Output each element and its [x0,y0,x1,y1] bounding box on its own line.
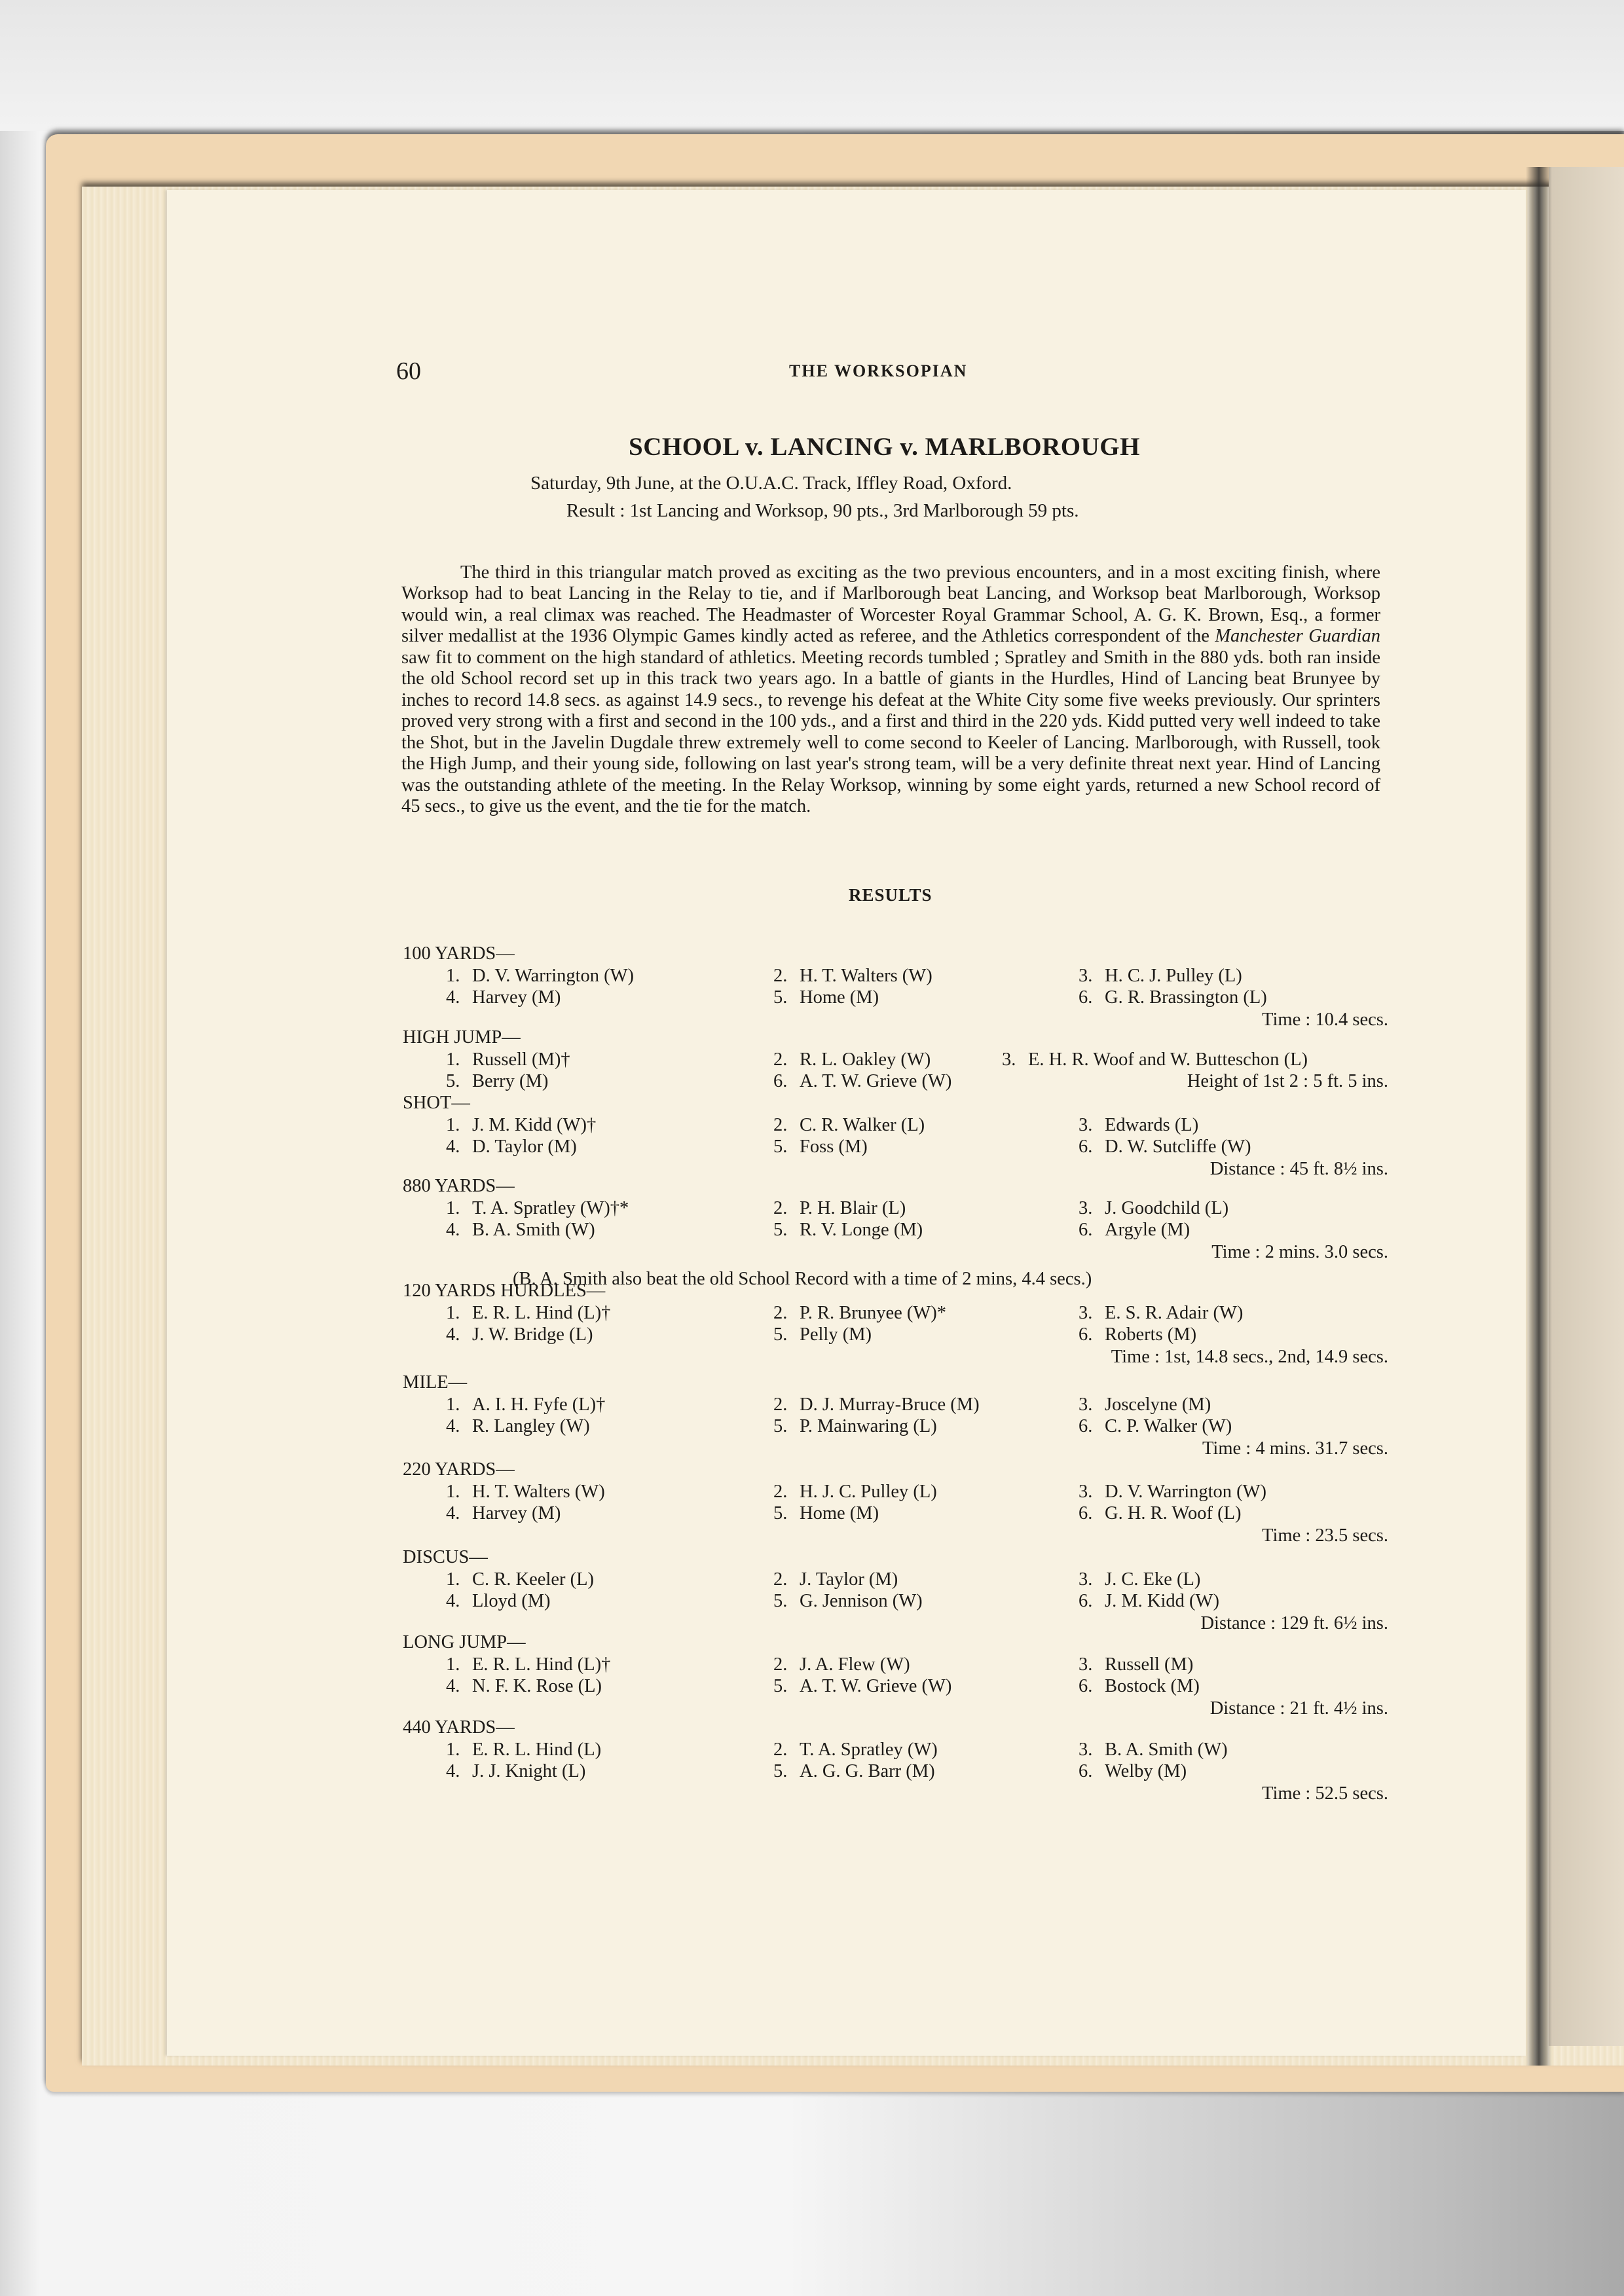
placing-entry: 6.G. R. Brassington (L) [1079,987,1267,1009]
placing-row: 1.A. I. H. Fyfe (L)†2.D. J. Murray-Bruce… [403,1394,1388,1416]
placing-entry: 6.Bostock (M) [1079,1675,1200,1698]
report-text-part-2: saw fit to comment on the high standard … [401,647,1380,817]
athlete-name: P. Mainwaring (L) [800,1416,937,1436]
placing-entry: 2.T. A. Spratley (W) [773,1739,938,1761]
event-name: LONG JUMP— [403,1631,1388,1654]
athlete-name: B. A. Smith (W) [1105,1740,1228,1760]
athlete-name: Home (M) [800,1503,879,1523]
athlete-name: H. J. C. Pulley (L) [800,1482,937,1502]
placing-entry: 4.J. J. Knight (L) [446,1760,585,1783]
placing-number: 3. [1079,1302,1105,1324]
article-subtitle: Saturday, 9th June, at the O.U.A.C. Trac… [530,473,1012,494]
placing-number: 3. [1002,1049,1028,1071]
athlete-name: H. T. Walters (W) [472,1482,605,1502]
placing-entry: 2.H. T. Walters (W) [773,965,932,987]
placing-row: 1.E. R. L. Hind (L)†2.P. R. Brunyee (W)*… [403,1302,1388,1324]
athlete-name: Russell (M)† [472,1049,570,1070]
athlete-name: G. Jennison (W) [800,1591,923,1611]
scanner-background-top [0,0,1624,131]
running-head: THE WORKSOPIAN [789,361,967,381]
placing-entry: 5.Pelly (M) [773,1324,872,1346]
placing-entry: 1.J. M. Kidd (W)† [446,1114,596,1137]
athlete-name: Joscelyne (M) [1105,1394,1211,1415]
athlete-name: J. A. Flew (W) [800,1654,910,1675]
athlete-name: C. P. Walker (W) [1105,1416,1232,1436]
athlete-name: C. R. Keeler (L) [472,1569,594,1590]
athlete-name: R. L. Oakley (W) [800,1049,931,1070]
athlete-name: Pelly (M) [800,1324,872,1345]
placing-number: 6. [1079,1415,1105,1438]
placing-row: 4.J. J. Knight (L)5.A. G. G. Barr (M)6.W… [403,1760,1388,1783]
placing-number: 4. [446,1675,472,1698]
placing-number: 3. [1079,965,1105,987]
placing-entry: 4.Harvey (M) [446,1503,561,1525]
placing-entry: 1.C. R. Keeler (L) [446,1569,594,1591]
placing-number: 1. [446,1302,472,1324]
event-performance: Distance : 21 ft. 4½ ins. [403,1698,1388,1720]
placing-row: 1.H. T. Walters (W)2.H. J. C. Pulley (L)… [403,1481,1388,1503]
athlete-name: D. V. Warrington (W) [472,966,634,986]
placing-entry: 3.Joscelyne (M) [1079,1394,1211,1416]
placing-number: 6. [1079,1503,1105,1525]
athlete-name: H. C. J. Pulley (L) [1105,966,1242,986]
event-name: 220 YARDS— [403,1459,1388,1481]
placing-entry: 6.Argyle (M) [1079,1219,1190,1241]
placing-entry: 6.J. M. Kidd (W) [1079,1590,1219,1613]
placing-number: 3. [1079,1394,1105,1416]
placing-row: 4.Harvey (M)5.Home (M)6.G. H. R. Woof (L… [403,1503,1388,1525]
match-result: Result : 1st Lancing and Worksop, 90 pts… [566,500,1079,522]
placing-number: 1. [446,965,472,987]
athlete-name: B. A. Smith (W) [472,1220,595,1240]
athlete-name: J. Goodchild (L) [1105,1198,1228,1218]
athlete-name: H. T. Walters (W) [800,966,932,986]
placing-row: 4.Lloyd (M)5.G. Jennison (W)6.J. M. Kidd… [403,1590,1388,1613]
placing-entry: 1.Russell (M)† [446,1049,570,1071]
placing-entry: 3.B. A. Smith (W) [1079,1739,1228,1761]
placing-row: 1.D. V. Warrington (W)2.H. T. Walters (W… [403,965,1388,987]
placing-number: 5. [773,987,800,1009]
placing-entry: 2.D. J. Murray-Bruce (M) [773,1394,980,1416]
placing-entry: 6.G. H. R. Woof (L) [1079,1503,1242,1525]
placing-entry: 1.E. R. L. Hind (L)† [446,1302,610,1324]
placing-entry: 2.P. H. Blair (L) [773,1197,906,1220]
placing-number: 5. [773,1415,800,1438]
newspaper-name: Manchester Guardian [1215,626,1380,646]
placing-row: 4.D. Taylor (M)5.Foss (M)6.D. W. Sutclif… [403,1136,1388,1158]
placing-entry: 3.J. Goodchild (L) [1079,1197,1228,1220]
placing-number: 6. [1079,1324,1105,1346]
event-block: HIGH JUMP—1.Russell (M)†2.R. L. Oakley (… [403,1027,1388,1093]
event-block: LONG JUMP—1.E. R. L. Hind (L)†2.J. A. Fl… [403,1631,1388,1719]
athlete-name: Lloyd (M) [472,1591,551,1611]
event-block: 880 YARDS—1.T. A. Spratley (W)†*2.P. H. … [403,1175,1388,1290]
athlete-name: G. H. R. Woof (L) [1105,1503,1242,1523]
athlete-name: Bostock (M) [1105,1676,1200,1696]
placing-entry: 3.H. C. J. Pulley (L) [1079,965,1242,987]
placing-entry: 5.P. Mainwaring (L) [773,1415,937,1438]
placing-row: 1.E. R. L. Hind (L)†2.J. A. Flew (W)3.Ru… [403,1654,1388,1676]
placing-entry: 3.Edwards (L) [1079,1114,1198,1137]
athlete-name: Foss (M) [800,1137,868,1157]
placing-number: 6. [1079,1675,1105,1698]
placing-entry: 1.D. V. Warrington (W) [446,965,634,987]
placing-number: 2. [773,1302,800,1324]
athlete-name: D. V. Warrington (W) [1105,1482,1266,1502]
athlete-name: A. T. W. Grieve (W) [800,1676,951,1696]
placing-row: 1.T. A. Spratley (W)†*2.P. H. Blair (L)3… [403,1197,1388,1220]
placing-number: 5. [773,1590,800,1613]
athlete-name: P. R. Brunyee (W)* [800,1303,946,1323]
placing-number: 2. [773,1114,800,1137]
placing-entry: 6.Welby (M) [1079,1760,1187,1783]
placing-row: 4.J. W. Bridge (L)5.Pelly (M)6.Roberts (… [403,1324,1388,1346]
placing-number: 5. [773,1324,800,1346]
event-name: 120 YARDS HURDLES— [403,1280,1388,1302]
event-block: 220 YARDS—1.H. T. Walters (W)2.H. J. C. … [403,1459,1388,1546]
placing-row: 4.Harvey (M)5.Home (M)6.G. R. Brassingto… [403,987,1388,1009]
placing-number: 4. [446,1760,472,1783]
placing-row: 4.N. F. K. Rose (L)5.A. T. W. Grieve (W)… [403,1675,1388,1698]
placing-number: 3. [1079,1481,1105,1503]
placing-entry: 1.H. T. Walters (W) [446,1481,605,1503]
placing-entry: 6.Roberts (M) [1079,1324,1196,1346]
placing-number: 2. [773,1481,800,1503]
event-performance: Height of 1st 2 : 5 ft. 5 ins. [403,1070,1388,1093]
athlete-name: T. A. Spratley (W) [800,1740,938,1760]
placing-number: 1. [446,1739,472,1761]
athlete-name: J. J. Knight (L) [472,1761,585,1781]
placing-number: 3. [1079,1569,1105,1591]
event-performance: Time : 2 mins. 3.0 secs. [403,1241,1388,1264]
event-name: HIGH JUMP— [403,1027,1388,1049]
placing-number: 5. [773,1503,800,1525]
placing-number: 4. [446,1324,472,1346]
athlete-name: J. W. Bridge (L) [472,1324,593,1345]
athlete-name: J. M. Kidd (W) [1105,1591,1219,1611]
placing-number: 4. [446,1590,472,1613]
placing-entry: 5.R. V. Longe (M) [773,1219,923,1241]
placing-number: 1. [446,1394,472,1416]
placing-entry: 4.D. Taylor (M) [446,1136,577,1158]
athlete-name: N. F. K. Rose (L) [472,1676,602,1696]
athlete-name: D. Taylor (M) [472,1137,577,1157]
athlete-name: A. I. H. Fyfe (L)† [472,1394,605,1415]
placing-number: 1. [446,1197,472,1220]
placing-entry: 5.Home (M) [773,1503,879,1525]
placing-number: 5. [773,1219,800,1241]
event-name: MILE— [403,1372,1388,1394]
placing-entry: 3.E. H. R. Woof and W. Butteschon (L) [1002,1049,1308,1071]
placing-entry: 4.Harvey (M) [446,987,561,1009]
event-performance: Time : 52.5 secs. [403,1783,1388,1805]
athlete-name: Welby (M) [1105,1761,1187,1781]
results-heading: RESULTS [849,885,932,905]
event-performance: Time : 4 mins. 31.7 secs. [403,1438,1388,1460]
placing-number: 4. [446,1503,472,1525]
athlete-name: Harvey (M) [472,1503,561,1523]
athlete-name: C. R. Walker (L) [800,1115,925,1135]
placing-entry: 3.Russell (M) [1079,1654,1193,1676]
placing-entry: 5.G. Jennison (W) [773,1590,923,1613]
placing-number: 4. [446,987,472,1009]
athlete-name: D. J. Murray-Bruce (M) [800,1394,980,1415]
placing-entry: 2.J. Taylor (M) [773,1569,898,1591]
event-performance: Distance : 129 ft. 6½ ins. [403,1613,1388,1635]
placing-number: 2. [773,1394,800,1416]
placing-row: 4.R. Langley (W)5.P. Mainwaring (L)6.C. … [403,1415,1388,1438]
book-gutter-shadow [1526,167,1552,2066]
placing-number: 3. [1079,1114,1105,1137]
event-name: SHOT— [403,1092,1388,1114]
athlete-name: P. H. Blair (L) [800,1198,906,1218]
placing-number: 1. [446,1654,472,1676]
athlete-name: D. W. Sutcliffe (W) [1105,1137,1251,1157]
event-block: 120 YARDS HURDLES—1.E. R. L. Hind (L)†2.… [403,1280,1388,1368]
placing-entry: 5.A. T. W. Grieve (W) [773,1675,951,1698]
athlete-name: T. A. Spratley (W)†* [472,1198,629,1218]
placing-number: 2. [773,1197,800,1220]
event-name: 880 YARDS— [403,1175,1388,1197]
match-report-paragraph: The third in this triangular match prove… [401,562,1380,818]
athlete-name: G. R. Brassington (L) [1105,987,1267,1008]
placing-entry: 2.C. R. Walker (L) [773,1114,925,1137]
placing-entry: 4.N. F. K. Rose (L) [446,1675,602,1698]
athlete-name: Russell (M) [1105,1654,1193,1675]
placing-row: 4.B. A. Smith (W)5.R. V. Longe (M)6.Argy… [403,1219,1388,1241]
placing-number: 6. [1079,1760,1105,1783]
event-block: 100 YARDS—1.D. V. Warrington (W)2.H. T. … [403,943,1388,1030]
athlete-name: J. M. Kidd (W)† [472,1115,596,1135]
placing-number: 6. [1079,1590,1105,1613]
placing-entry: 1.A. I. H. Fyfe (L)† [446,1394,605,1416]
placing-entry: 4.R. Langley (W) [446,1415,590,1438]
placing-number: 2. [773,1654,800,1676]
athlete-name: R. Langley (W) [472,1416,590,1436]
placing-row: 1.Russell (M)†2.R. L. Oakley (W)3.E. H. … [403,1049,1388,1071]
event-performance: Time : 23.5 secs. [403,1525,1388,1547]
athlete-name: E. R. L. Hind (L)† [472,1654,610,1675]
placing-row: 1.C. R. Keeler (L)2.J. Taylor (M)3.J. C.… [403,1569,1388,1591]
event-block: 440 YARDS—1.E. R. L. Hind (L)2.T. A. Spr… [403,1717,1388,1804]
placing-entry: 1.E. R. L. Hind (L)† [446,1654,610,1676]
athlete-name: Home (M) [800,987,879,1008]
placing-number: 1. [446,1049,472,1071]
placing-number: 2. [773,1739,800,1761]
placing-entry: 1.E. R. L. Hind (L) [446,1739,601,1761]
placing-entry: 3.D. V. Warrington (W) [1079,1481,1266,1503]
placing-entry: 4.J. W. Bridge (L) [446,1324,593,1346]
placing-number: 4. [446,1219,472,1241]
athlete-name: Argyle (M) [1105,1220,1190,1240]
placing-number: 3. [1079,1197,1105,1220]
event-block: SHOT—1.J. M. Kidd (W)†2.C. R. Walker (L)… [403,1092,1388,1180]
placing-entry: 1.T. A. Spratley (W)†* [446,1197,629,1220]
placing-number: 6. [1079,1219,1105,1241]
placing-number: 6. [1079,987,1105,1009]
placing-entry: 2.H. J. C. Pulley (L) [773,1481,937,1503]
event-name: 100 YARDS— [403,943,1388,965]
placing-entry: 5.Home (M) [773,987,879,1009]
page-number: 60 [396,357,421,386]
placing-entry: 6.D. W. Sutcliffe (W) [1079,1136,1251,1158]
placing-entry: 4.Lloyd (M) [446,1590,551,1613]
article-title: SCHOOL v. LANCING v. MARLBOROUGH [629,432,1140,462]
placing-entry: 4.B. A. Smith (W) [446,1219,595,1241]
placing-entry: 6.C. P. Walker (W) [1079,1415,1232,1438]
athlete-name: Edwards (L) [1105,1115,1198,1135]
placing-entry: 5.A. G. G. Barr (M) [773,1760,935,1783]
placing-number: 2. [773,1049,800,1071]
athlete-name: E. R. L. Hind (L) [472,1740,601,1760]
placing-number: 3. [1079,1654,1105,1676]
placing-number: 1. [446,1481,472,1503]
placing-number: 4. [446,1136,472,1158]
placing-number: 5. [773,1675,800,1698]
placing-entry: 5.Foss (M) [773,1136,868,1158]
athlete-name: E. S. R. Adair (W) [1105,1303,1243,1323]
event-performance: Time : 1st, 14.8 secs., 2nd, 14.9 secs. [403,1346,1388,1368]
placing-row: 1.E. R. L. Hind (L)2.T. A. Spratley (W)3… [403,1739,1388,1761]
athlete-name: J. Taylor (M) [800,1569,898,1590]
athlete-name: J. C. Eke (L) [1105,1569,1200,1590]
athlete-name: E. H. R. Woof and W. Butteschon (L) [1028,1049,1308,1070]
placing-number: 2. [773,965,800,987]
placing-entry: 2.J. A. Flew (W) [773,1654,910,1676]
event-name: DISCUS— [403,1546,1388,1569]
placing-number: 2. [773,1569,800,1591]
athlete-name: Harvey (M) [472,987,561,1008]
athlete-name: R. V. Longe (M) [800,1220,923,1240]
placing-entry: 3.J. C. Eke (L) [1079,1569,1200,1591]
athlete-name: A. G. G. Barr (M) [800,1761,935,1781]
event-block: DISCUS—1.C. R. Keeler (L)2.J. Taylor (M)… [403,1546,1388,1634]
event-block: MILE—1.A. I. H. Fyfe (L)†2.D. J. Murray-… [403,1372,1388,1459]
placing-number: 3. [1079,1739,1105,1761]
placing-number: 4. [446,1415,472,1438]
placing-number: 5. [773,1760,800,1783]
facing-page-edge [1549,167,1624,2046]
athlete-name: E. R. L. Hind (L)† [472,1303,610,1323]
placing-entry: 2.R. L. Oakley (W) [773,1049,931,1071]
event-name: 440 YARDS— [403,1717,1388,1739]
placing-entry: 2.P. R. Brunyee (W)* [773,1302,946,1324]
placing-number: 1. [446,1114,472,1137]
placing-entry: 3.E. S. R. Adair (W) [1079,1302,1243,1324]
placing-number: 1. [446,1569,472,1591]
athlete-name: Roberts (M) [1105,1324,1196,1345]
placing-number: 6. [1079,1136,1105,1158]
placing-number: 5. [773,1136,800,1158]
placing-row: 1.J. M. Kidd (W)†2.C. R. Walker (L)3.Edw… [403,1114,1388,1137]
